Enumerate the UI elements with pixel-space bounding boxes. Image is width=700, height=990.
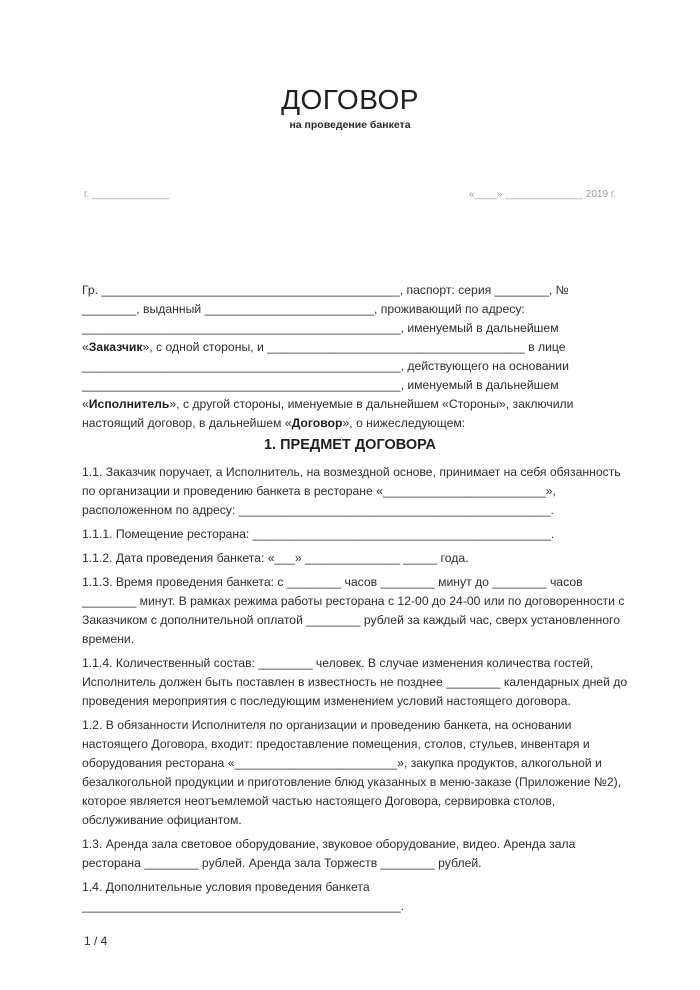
city-field: г. ______________: [84, 189, 170, 200]
clause-line: 1.1.4. Количественный состав: ________ ч…: [82, 656, 593, 670]
clause-line: безалкогольной продукции и приготовление…: [82, 775, 621, 789]
clause-line: ресторана ________ рублей. Аренда зала Т…: [82, 856, 482, 870]
clause-line: расположенном по адресу: _______________…: [82, 503, 554, 517]
clause-line: по организации и проведению банкета в ре…: [82, 484, 556, 498]
preamble-line: ________________________________________…: [82, 378, 559, 392]
preamble-line: ________________________________________…: [82, 359, 569, 373]
document-page: ДОГОВОР на проведение банкета г. _______…: [0, 0, 700, 990]
clause-line: Заказчиком с дополнительной оплатой ____…: [82, 613, 620, 627]
preamble-line: Гр. ____________________________________…: [82, 283, 569, 297]
preamble-line: «Заказчик», с одной стороны, и _________…: [82, 340, 566, 354]
clause-line: ________________________________________…: [82, 899, 404, 913]
clause-line: 1.1.1. Помещение ресторана: ____________…: [82, 527, 554, 541]
clause-line: настоящего Договора, входит: предоставле…: [82, 737, 590, 751]
clause-line: 1.4. Дополнительные условия проведения б…: [82, 880, 370, 894]
preamble-line: ________, выданный _____________________…: [82, 302, 525, 316]
page-indicator: 1 / 4: [84, 934, 107, 948]
document-title: ДОГОВОР: [0, 84, 700, 116]
clause-line: 1.1.2. Дата проведения банкета: «___» __…: [82, 551, 469, 565]
bold-term: Договор: [292, 416, 343, 430]
clause-line: 1.3. Аренда зала световое оборудование, …: [82, 837, 575, 851]
clause-line: Исполнитель должен быть поставлен в изве…: [82, 675, 627, 689]
preamble-line: «Исполнитель», с другой стороны, именуем…: [82, 397, 573, 411]
clause-line: обслуживание официантом.: [82, 813, 242, 827]
clause-line: 1.2. В обязанности Исполнителя по органи…: [82, 718, 571, 732]
clause-line: 1.1. Заказчик поручает, а Исполнитель, н…: [82, 465, 621, 479]
preamble-line: настоящий договор, в дальнейшем «Договор…: [82, 416, 465, 430]
section-heading: 1. ПРЕДМЕТ ДОГОВОРА: [0, 437, 700, 453]
clause-line: времени.: [82, 632, 134, 646]
preamble-line: ________________________________________…: [82, 321, 559, 335]
clause-line: которое является неотъемлемой частью нас…: [82, 794, 555, 808]
clause-line: 1.1.3. Время проведения банкета: с _____…: [82, 575, 583, 589]
bold-term: Исполнитель: [89, 397, 170, 411]
clause-line: ________ минут. В рамках режима работы р…: [82, 594, 624, 608]
bold-term: Заказчик: [89, 340, 143, 354]
clause-line: оборудования ресторана «________________…: [82, 756, 602, 770]
document-subtitle: на проведение банкета: [0, 119, 700, 131]
date-field: «____» ______________ 2019 г.: [469, 189, 616, 200]
clause-line: проведения мероприятия с последующим изм…: [82, 694, 571, 708]
